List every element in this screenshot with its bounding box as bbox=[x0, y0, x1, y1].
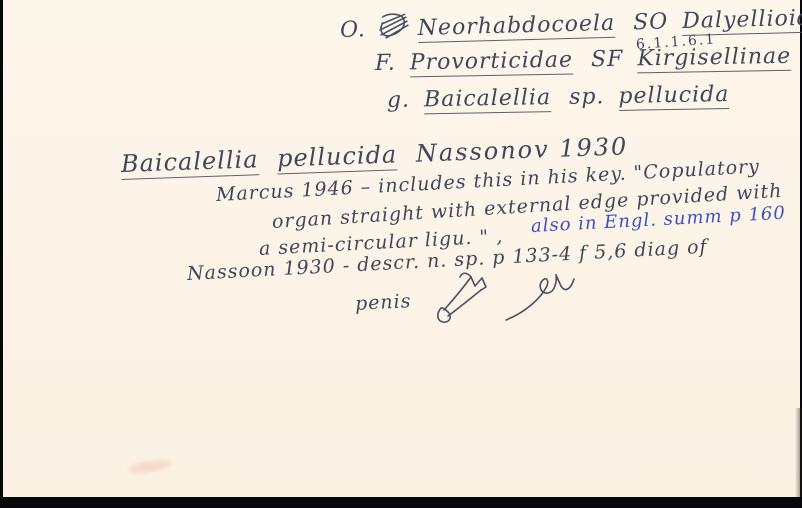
scanned-card-photo: O. Neorhabdocoela SO Dalyellioida 6.1.1.… bbox=[0, 0, 802, 508]
family-line: F. Provorticidae SF Kirgisellinae bbox=[375, 44, 792, 78]
order-line: O. Neorhabdocoela SO Dalyellioida bbox=[340, 0, 802, 45]
suborder-label: SO bbox=[633, 9, 669, 35]
species-name: pellucida bbox=[618, 82, 729, 111]
citation-line2: penis bbox=[354, 290, 412, 315]
crossed-out-scribble-icon bbox=[375, 11, 410, 40]
genus-label: g. bbox=[387, 88, 411, 113]
genus-line: g. Baicalellia sp. pellucida bbox=[387, 82, 730, 115]
index-card: O. Neorhabdocoela SO Dalyellioida 6.1.1.… bbox=[3, 0, 800, 497]
heading-genus: Baicalellia bbox=[120, 145, 259, 180]
heading-species: pellucida bbox=[277, 140, 398, 174]
penis-stylet-sketch-icon bbox=[431, 268, 581, 330]
subfamily-name: Kirgisellinae bbox=[637, 44, 791, 74]
subfamily-label: SF bbox=[591, 47, 624, 73]
family-name: Provorticidae bbox=[410, 48, 574, 78]
order-label: O. bbox=[340, 17, 366, 43]
order-name: Neorhabdocoela bbox=[417, 11, 615, 43]
genus-name: Baicalellia bbox=[424, 85, 551, 114]
card-edge-shadow bbox=[795, 408, 802, 497]
species-label: sp. bbox=[569, 84, 605, 110]
heading-authority: Nassonov 1930 bbox=[415, 132, 628, 167]
suborder-name: Dalyellioida bbox=[682, 5, 802, 36]
family-label: F. bbox=[375, 51, 396, 76]
